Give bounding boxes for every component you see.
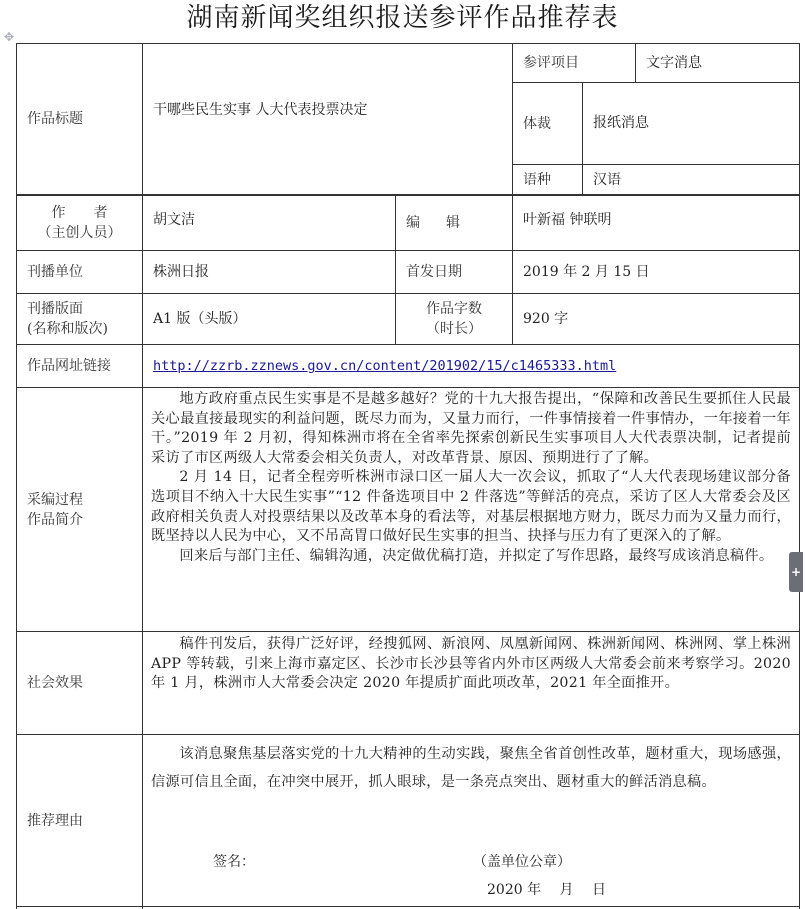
page-label-line1: 刊播版面 [27,299,108,319]
first-release-date-value: 2019 年 2 月 15 日 [523,262,650,282]
word-count-value-cell: 920 字 [512,293,800,345]
language-value-cell: 汉语 [582,164,800,195]
publisher-label-cell: 刊播单位 [16,250,143,294]
publisher-value: 株洲日报 [153,262,209,282]
recommendation-paragraph: 该消息聚焦基层落实党的十九大精神的生动实践，聚焦全省首创性改革，题材重大，现场感… [151,740,791,796]
author-label-cell: 作 者 （主创人员） [16,195,143,251]
work-url-link[interactable]: http://zzrb.zznews.gov.cn/content/201902… [153,356,616,376]
word-count-label-cell: 作品字数 （时长） [395,293,513,345]
language-label-cell: 语种 [512,164,583,195]
author-label-line1: 作 者 [38,203,122,223]
process-label-line1: 采编过程 [27,490,83,510]
entry-category-label: 参评项目 [523,53,579,73]
word-count-label-line2: （时长） [426,319,482,339]
date-line: 2020 年 月 日 [487,880,606,900]
work-title-value-cell: 干哪些民生实事 人大代表投票决定 [142,43,513,195]
entry-category-value-cell: 文字消息 [635,43,800,83]
publisher-value-cell: 株洲日报 [142,250,396,294]
recommendation-value-cell: 该消息聚焦基层落实党的十九大精神的生动实践，聚焦全省首创性改革，题材重大，现场感… [142,734,800,907]
word-count-label-line1: 作品字数 [426,299,482,319]
plus-icon: + [791,565,801,579]
social-effect-label: 社会效果 [27,673,83,693]
process-paragraph-2: 2 月 14 日，记者全程旁听株洲市渌口区一届人大一次会议，抓取了“人大代表现场… [151,468,791,546]
recommendation-label: 推荐理由 [27,811,83,831]
editor-value: 叶新福 钟联明 [523,210,611,230]
author-value: 胡文洁 [153,210,195,230]
work-title-label-cell: 作品标题 [16,43,143,195]
publisher-label: 刊播单位 [27,262,83,282]
page-value-cell: A1 版（头版） [142,293,396,345]
entry-category-label-cell: 参评项目 [512,43,636,83]
social-effect-paragraph: 稿件刊发后，获得广泛好评，经搜狐网、新浪网、凤凰新闻网、株洲新闻网、株洲网、掌上… [151,635,791,694]
page-label-cell: 刊播版面 (名称和版次) [16,293,143,345]
genre-value-cell: 报纸消息 [582,82,800,165]
expand-side-panel-button[interactable]: + [789,552,803,592]
first-release-date-label: 首发日期 [406,262,462,282]
genre-value: 报纸消息 [593,113,649,133]
editor-label: 编 辑 [406,213,466,233]
editor-value-cell: 叶新福 钟联明 [512,195,800,251]
signature-label: 签名： [213,852,255,872]
recommendation-form-table: 作品标题 干哪些民生实事 人大代表投票决定 参评项目 文字消息 体裁 报纸消息 … [0,0,805,909]
url-value-cell: http://zzrb.zznews.gov.cn/content/201902… [142,344,800,388]
work-title-value: 干哪些民生实事 人大代表投票决定 [153,100,367,120]
process-label-line2: 作品简介 [27,510,83,530]
social-effect-value-cell: 稿件刊发后，获得广泛好评，经搜狐网、新浪网、凤凰新闻网、株洲新闻网、株洲网、掌上… [142,631,800,735]
url-label-cell: 作品网址链接 [16,344,143,388]
genre-label: 体裁 [523,114,551,134]
process-label-cell: 采编过程 作品简介 [16,387,143,632]
seal-note: （盖单位公章） [473,852,571,872]
process-paragraph-1: 地方政府重点民生实事是不是越多越好？党的十九大报告提出，“保障和改善民生要抓住人… [151,390,791,468]
genre-label-cell: 体裁 [512,82,583,165]
word-count-value: 920 字 [523,309,568,329]
page-label-line2: (名称和版次) [27,319,108,339]
language-label: 语种 [523,170,551,190]
entry-category-value: 文字消息 [646,53,702,73]
url-label: 作品网址链接 [27,356,111,376]
work-title-label: 作品标题 [27,109,83,129]
social-effect-label-cell: 社会效果 [16,631,143,735]
first-release-date-label-cell: 首发日期 [395,250,513,294]
author-value-cell: 胡文洁 [142,195,396,251]
recommendation-label-cell: 推荐理由 [16,734,143,907]
language-value: 汉语 [593,170,621,190]
process-value-cell: 地方政府重点民生实事是不是越多越好？党的十九大报告提出，“保障和改善民生要抓住人… [142,387,800,632]
page-value: A1 版（头版） [153,309,246,329]
process-paragraph-3: 回来后与部门主任、编辑沟通，决定做优稿打造，并拟定了写作思路，最终写成该消息稿件… [151,547,791,567]
editor-label-cell: 编 辑 [395,195,513,251]
first-release-date-value-cell: 2019 年 2 月 15 日 [512,250,800,294]
author-label-line2: （主创人员） [38,223,122,243]
